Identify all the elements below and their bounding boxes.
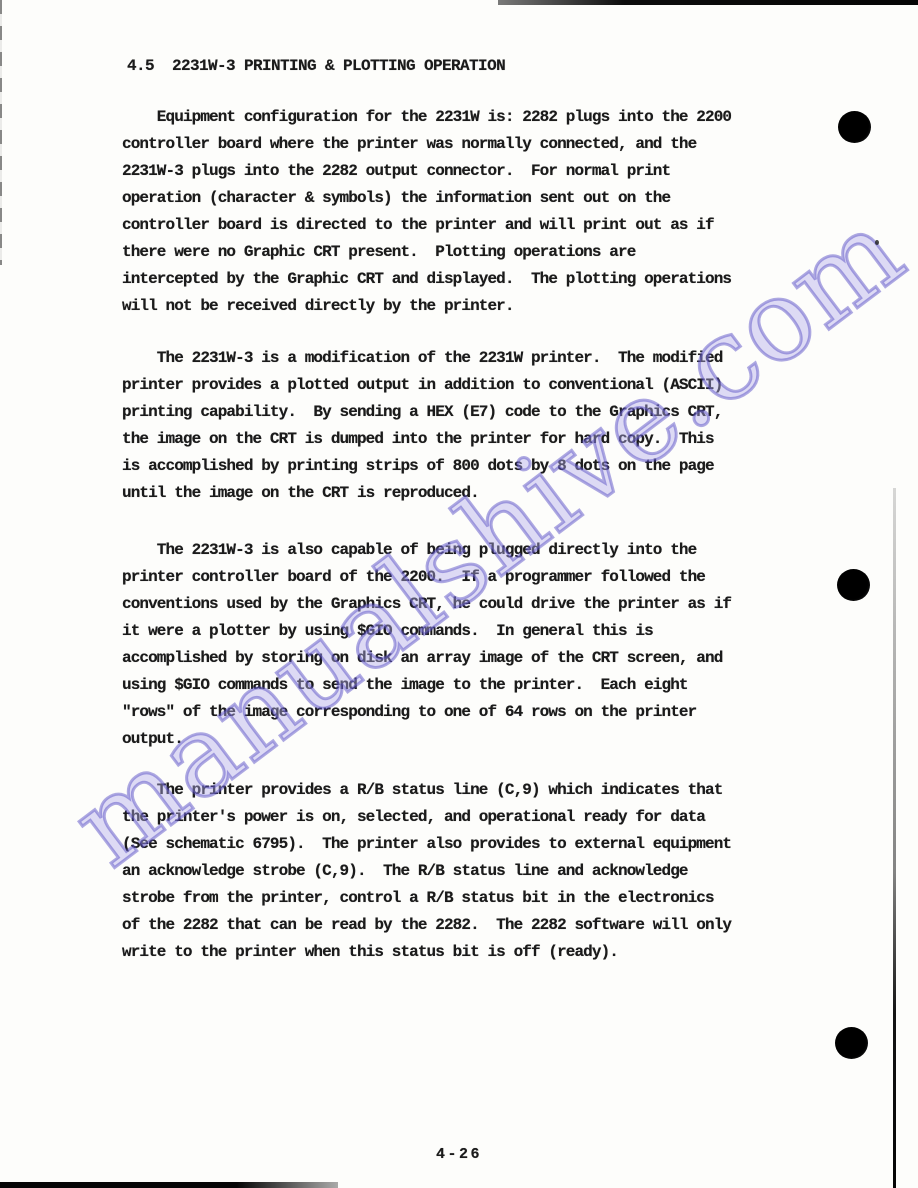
- text-line: an acknowledge strobe (C,9). The R/B sta…: [122, 858, 802, 885]
- registration-dot: [835, 1027, 868, 1059]
- section-heading: 4.5 2231W-3 PRINTING & PLOTTING OPERATIO…: [127, 53, 505, 80]
- text-line: is accomplished by printing strips of 80…: [122, 453, 802, 480]
- text-line: intercepted by the Graphic CRT and displ…: [122, 266, 802, 293]
- text-line: printer controller board of the 2200. If…: [122, 564, 802, 591]
- text-line: controller board where the printer was n…: [122, 131, 802, 158]
- text-line: will not be received directly by the pri…: [122, 293, 802, 320]
- scan-artifact-speck: [875, 240, 879, 245]
- text-line: The printer provides a R/B status line (…: [122, 777, 802, 804]
- text-line: The 2231W-3 is a modification of the 223…: [122, 345, 802, 372]
- text-line: there were no Graphic CRT present. Plott…: [122, 239, 802, 266]
- text-line: of the 2282 that can be read by the 2282…: [122, 912, 802, 939]
- text-line: controller board is directed to the prin…: [122, 212, 802, 239]
- scan-artifact-left-edge-line: [0, 0, 2, 265]
- page-number: 4-26: [0, 1146, 918, 1163]
- text-line: operation (character & symbols) the info…: [122, 185, 802, 212]
- text-line: "rows" of the image corresponding to one…: [122, 699, 802, 726]
- text-line: using $GIO commands to send the image to…: [122, 672, 802, 699]
- text-line: printer provides a plotted output in add…: [122, 372, 802, 399]
- paragraph-rb-status: The printer provides a R/B status line (…: [122, 777, 802, 966]
- text-line: Equipment configuration for the 2231W is…: [122, 104, 802, 131]
- text-line: strobe from the printer, control a R/B s…: [122, 885, 802, 912]
- scanned-manual-page: 4.5 2231W-3 PRINTING & PLOTTING OPERATIO…: [0, 0, 918, 1188]
- registration-dot: [837, 569, 870, 601]
- text-line: write to the printer when this status bi…: [122, 939, 802, 966]
- text-line: The 2231W-3 is also capable of being plu…: [122, 537, 802, 564]
- text-line: it were a plotter by using $GIO commands…: [122, 618, 802, 645]
- text-line: until the image on the CRT is reproduced…: [122, 480, 802, 507]
- text-line: (See schematic 6795). The printer also p…: [122, 831, 802, 858]
- scan-artifact-right-edge-line: [893, 488, 896, 1188]
- text-line: printing capability. By sending a HEX (E…: [122, 399, 802, 426]
- text-line: output.: [122, 726, 802, 753]
- paragraph-direct-plug: The 2231W-3 is also capable of being plu…: [122, 537, 802, 753]
- text-line: the printer's power is on, selected, and…: [122, 804, 802, 831]
- text-line: 2231W-3 plugs into the 2282 output conne…: [122, 158, 802, 185]
- scan-artifact-top-bar: [498, 0, 918, 5]
- text-line: accomplished by storing on disk an array…: [122, 645, 802, 672]
- text-line: the image on the CRT is dumped into the …: [122, 426, 802, 453]
- paragraph-2231w3-modification: The 2231W-3 is a modification of the 223…: [122, 345, 802, 507]
- scan-artifact-bottom-bar: [0, 1182, 338, 1188]
- text-line: conventions used by the Graphics CRT, he…: [122, 591, 802, 618]
- registration-dot: [838, 111, 871, 143]
- paragraph-equipment-configuration: Equipment configuration for the 2231W is…: [122, 104, 802, 320]
